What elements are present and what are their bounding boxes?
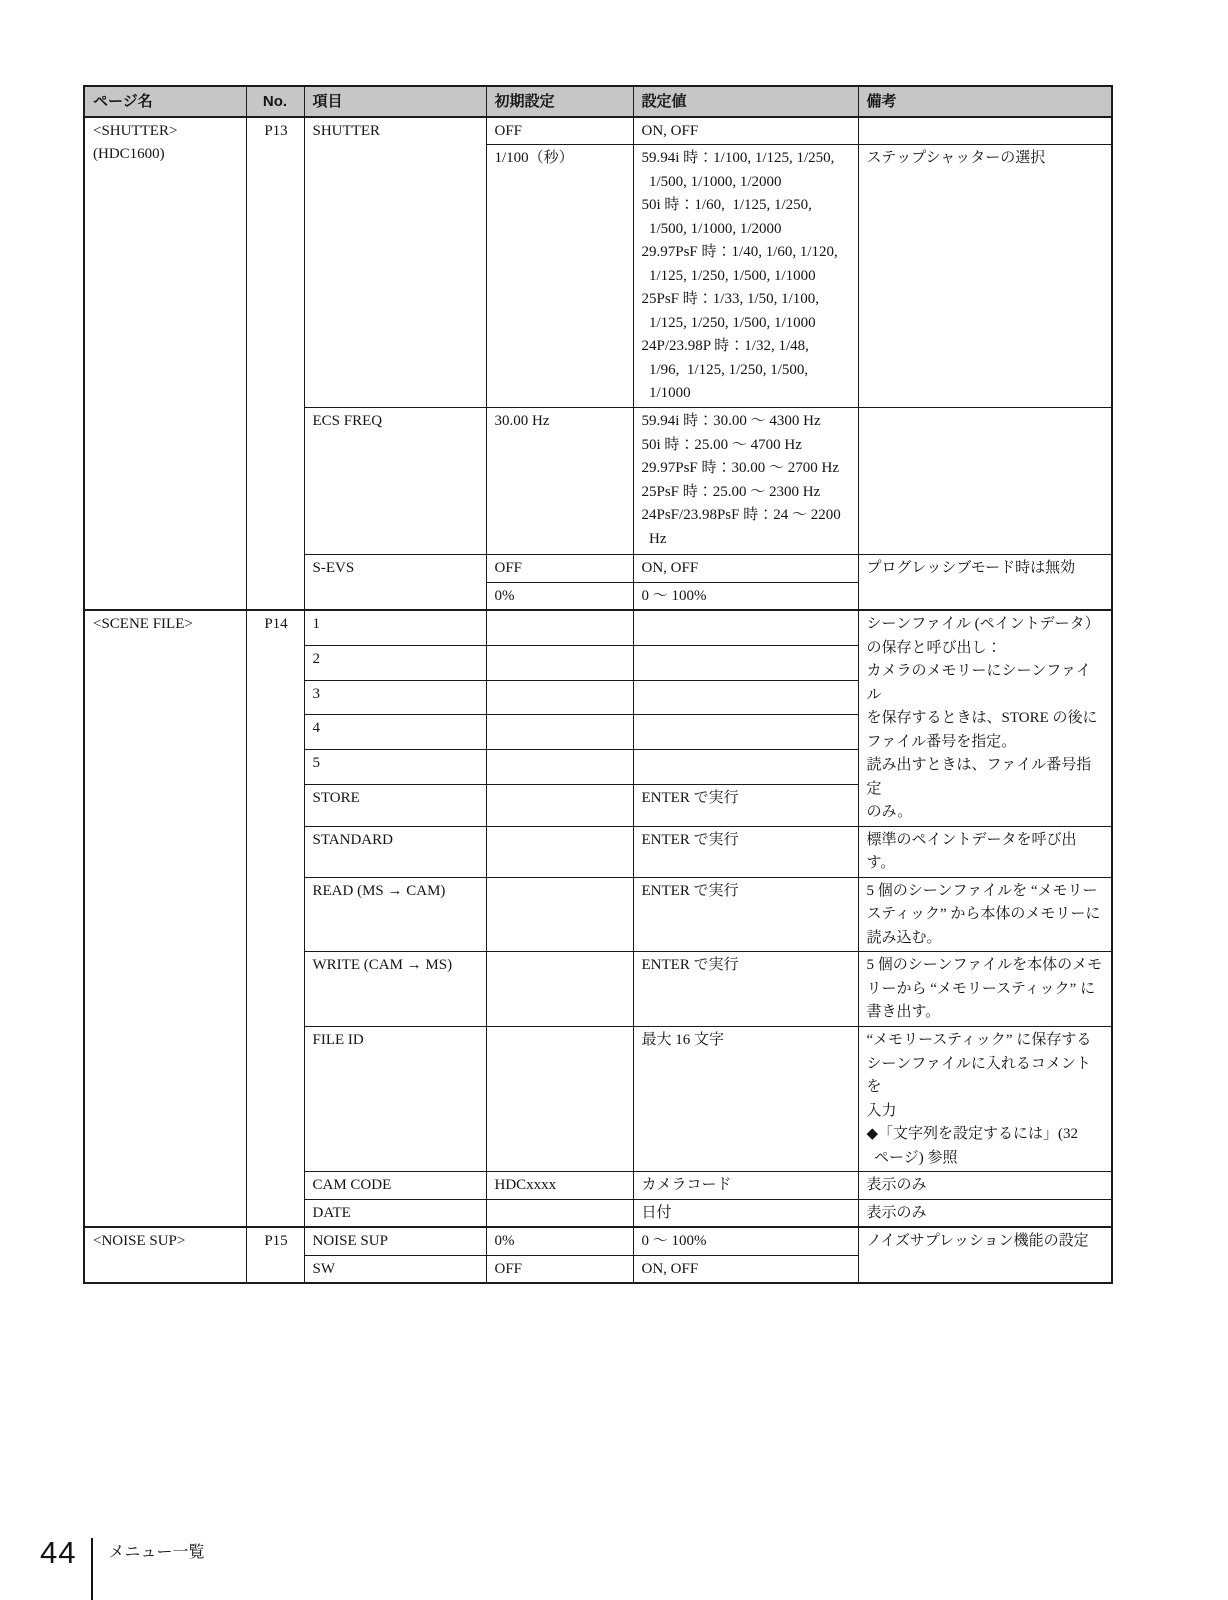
step-shutter-default-cell: 1/100（秒） bbox=[486, 145, 633, 408]
manual-page: ページ名 No. 項目 初期設定 設定値 備考 <SHUTTER> (HDC16… bbox=[0, 0, 1228, 1600]
store-value-cell: ENTER で実行 bbox=[633, 784, 858, 826]
date-remark-cell: 表示のみ bbox=[858, 1199, 1112, 1227]
table-header-row: ページ名 No. 項目 初期設定 設定値 備考 bbox=[84, 86, 1112, 117]
step-shutter-remark-cell: ステップシャッターの選択 bbox=[858, 145, 1112, 408]
standard-item-cell: STANDARD bbox=[304, 826, 486, 877]
empty-default-cell bbox=[486, 826, 633, 877]
footer-label: メニュー一覧 bbox=[108, 1538, 204, 1562]
page-footer: 44 メニュー一覧 bbox=[40, 1538, 205, 1600]
write-remark-cell: 5 個のシーンファイルを本体のメモ リーから “メモリースティック” に 書き出… bbox=[858, 952, 1112, 1027]
shutter-value-cell: ON, OFF bbox=[633, 117, 858, 145]
date-value-cell: 日付 bbox=[633, 1199, 858, 1227]
empty-default-cell bbox=[486, 750, 633, 785]
table-row: <SCENE FILE> P14 1 シーンファイル (ペイントデータ） の保存… bbox=[84, 610, 1112, 645]
empty-default-cell bbox=[486, 645, 633, 680]
menu-table: ページ名 No. 項目 初期設定 設定値 備考 <SHUTTER> (HDC16… bbox=[83, 85, 1113, 1284]
table-row: <SHUTTER> (HDC1600) P13 SHUTTER OFF ON, … bbox=[84, 117, 1112, 145]
col-header-value: 設定値 bbox=[633, 86, 858, 117]
scene-file-group-remark-cell: シーンファイル (ペイントデータ） の保存と呼び出し： カメラのメモリーにシーン… bbox=[858, 610, 1112, 826]
sw-value-cell: ON, OFF bbox=[633, 1255, 858, 1283]
empty-default-cell bbox=[486, 1199, 633, 1227]
sevs-level-value-cell: 0 ～ 100% bbox=[633, 582, 858, 610]
sw-item-cell: SW bbox=[304, 1255, 486, 1283]
shutter-page-name-cell: <SHUTTER> (HDC1600) bbox=[84, 117, 246, 611]
col-header-remarks: 備考 bbox=[858, 86, 1112, 117]
sevs-default-cell: OFF bbox=[486, 555, 633, 583]
cam-code-remark-cell: 表示のみ bbox=[858, 1172, 1112, 1200]
file-id-item-cell: FILE ID bbox=[304, 1027, 486, 1172]
empty-value-cell bbox=[633, 750, 858, 785]
file-id-remark-cell: “メモリースティック” に保存する シーンファイルに入れるコメントを 入力 ◆「… bbox=[858, 1027, 1112, 1172]
sevs-item-cell: S-EVS bbox=[304, 555, 486, 611]
footer-divider bbox=[91, 1538, 93, 1600]
ecs-freq-value-cell: 59.94i 時：30.00 ～ 4300 Hz 50i 時：25.00 ～ 4… bbox=[633, 408, 858, 555]
empty-default-cell bbox=[486, 610, 633, 645]
scene-file-4-item-cell: 4 bbox=[304, 715, 486, 750]
noise-sup-remark-cell: ノイズサプレッション機能の設定 bbox=[858, 1227, 1112, 1283]
scene-file-1-item-cell: 1 bbox=[304, 610, 486, 645]
empty-value-cell bbox=[633, 680, 858, 715]
read-item-cell: READ (MS → CAM) bbox=[304, 877, 486, 952]
noise-sup-page-name-cell: <NOISE SUP> bbox=[84, 1227, 246, 1283]
shutter-no-cell: P13 bbox=[246, 117, 304, 611]
empty-value-cell bbox=[633, 610, 858, 645]
ecs-freq-item-cell: ECS FREQ bbox=[304, 408, 486, 555]
noise-sup-default-cell: 0% bbox=[486, 1227, 633, 1255]
ecs-freq-default-cell: 30.00 Hz bbox=[486, 408, 633, 555]
sw-default-cell: OFF bbox=[486, 1255, 633, 1283]
sevs-value-cell: ON, OFF bbox=[633, 555, 858, 583]
standard-remark-cell: 標準のペイントデータを呼び出す。 bbox=[858, 826, 1112, 877]
scene-file-5-item-cell: 5 bbox=[304, 750, 486, 785]
col-header-page-name: ページ名 bbox=[84, 86, 246, 117]
read-value-cell: ENTER で実行 bbox=[633, 877, 858, 952]
sevs-remark-cell: プログレッシブモード時は無効 bbox=[858, 555, 1112, 611]
col-header-default: 初期設定 bbox=[486, 86, 633, 117]
write-value-cell: ENTER で実行 bbox=[633, 952, 858, 1027]
shutter-item-cell: SHUTTER bbox=[304, 117, 486, 408]
shutter-default-cell: OFF bbox=[486, 117, 633, 145]
empty-value-cell bbox=[633, 645, 858, 680]
write-item-cell: WRITE (CAM → MS) bbox=[304, 952, 486, 1027]
file-id-value-cell: 最大 16 文字 bbox=[633, 1027, 858, 1172]
scene-file-3-item-cell: 3 bbox=[304, 680, 486, 715]
cam-code-item-cell: CAM CODE bbox=[304, 1172, 486, 1200]
empty-default-cell bbox=[486, 1027, 633, 1172]
date-item-cell: DATE bbox=[304, 1199, 486, 1227]
table-row: <NOISE SUP> P15 NOISE SUP 0% 0 ～ 100% ノイ… bbox=[84, 1227, 1112, 1255]
col-header-no: No. bbox=[246, 86, 304, 117]
page-number: 44 bbox=[40, 1538, 76, 1568]
read-remark-cell: 5 個のシーンファイルを “メモリー スティック” から本体のメモリーに 読み込… bbox=[858, 877, 1112, 952]
store-item-cell: STORE bbox=[304, 784, 486, 826]
scene-file-2-item-cell: 2 bbox=[304, 645, 486, 680]
step-shutter-value-cell: 59.94i 時：1/100, 1/125, 1/250, 1/500, 1/1… bbox=[633, 145, 858, 408]
noise-sup-no-cell: P15 bbox=[246, 1227, 304, 1283]
empty-remark-cell bbox=[858, 408, 1112, 555]
noise-sup-value-cell: 0 ～ 100% bbox=[633, 1227, 858, 1255]
cam-code-value-cell: カメラコード bbox=[633, 1172, 858, 1200]
cam-code-default-cell: HDCxxxx bbox=[486, 1172, 633, 1200]
empty-value-cell bbox=[633, 715, 858, 750]
empty-default-cell bbox=[486, 877, 633, 952]
empty-default-cell bbox=[486, 715, 633, 750]
noise-sup-item-cell: NOISE SUP bbox=[304, 1227, 486, 1255]
empty-default-cell bbox=[486, 952, 633, 1027]
empty-remark-cell bbox=[858, 117, 1112, 145]
sevs-level-default-cell: 0% bbox=[486, 582, 633, 610]
empty-default-cell bbox=[486, 784, 633, 826]
empty-default-cell bbox=[486, 680, 633, 715]
col-header-item: 項目 bbox=[304, 86, 486, 117]
standard-value-cell: ENTER で実行 bbox=[633, 826, 858, 877]
scene-file-page-name-cell: <SCENE FILE> bbox=[84, 610, 246, 1227]
scene-file-no-cell: P14 bbox=[246, 610, 304, 1227]
